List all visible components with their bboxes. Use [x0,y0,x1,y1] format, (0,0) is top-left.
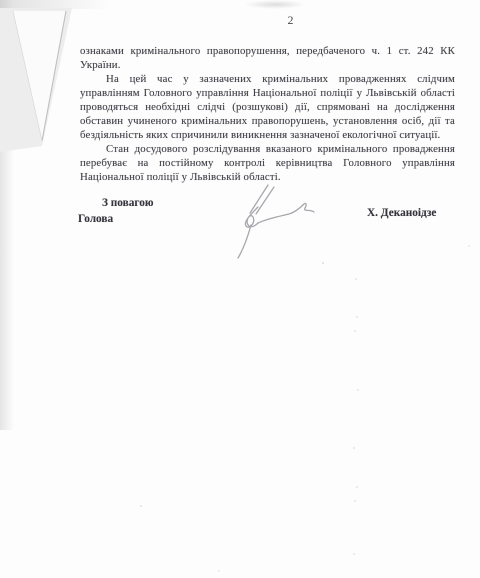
signer-title: Голова [78,212,113,226]
text-line: управлінням Головного управління Націона… [80,86,455,100]
paragraph: На цей час у зазначених кримінальних про… [80,72,455,142]
closing-salutation: З повагою [102,196,154,210]
text-line: бездіяльність яких спричинили виникнення… [80,128,455,142]
text-line: На цей час у зазначених кримінальних про… [80,72,455,86]
page-number: 2 [103,13,478,27]
text-line: України. [80,58,455,72]
text-line: обставин учиненого кримінальних правопор… [80,114,455,128]
text-line: Стан досудового розслідування вказаного … [80,142,455,156]
scan-smudge-artifact [244,0,306,9]
text-line: проводяться необхідні слідчі (розшукові)… [80,100,455,114]
handwritten-signature-icon [225,176,325,268]
scanned-document-page: 2 ознаками кримінального правопорушення,… [0,0,480,578]
document-body: ознаками кримінального правопорушення, п… [80,44,455,184]
paragraph: ознаками кримінального правопорушення, п… [80,44,455,72]
text-line: перебуває на постійному контролі керівни… [80,156,455,170]
signer-name: Х. Деканоідзе [367,206,436,220]
page-corner-fold-artifact [0,0,90,160]
text-line: ознаками кримінального правопорушення, п… [80,44,455,58]
